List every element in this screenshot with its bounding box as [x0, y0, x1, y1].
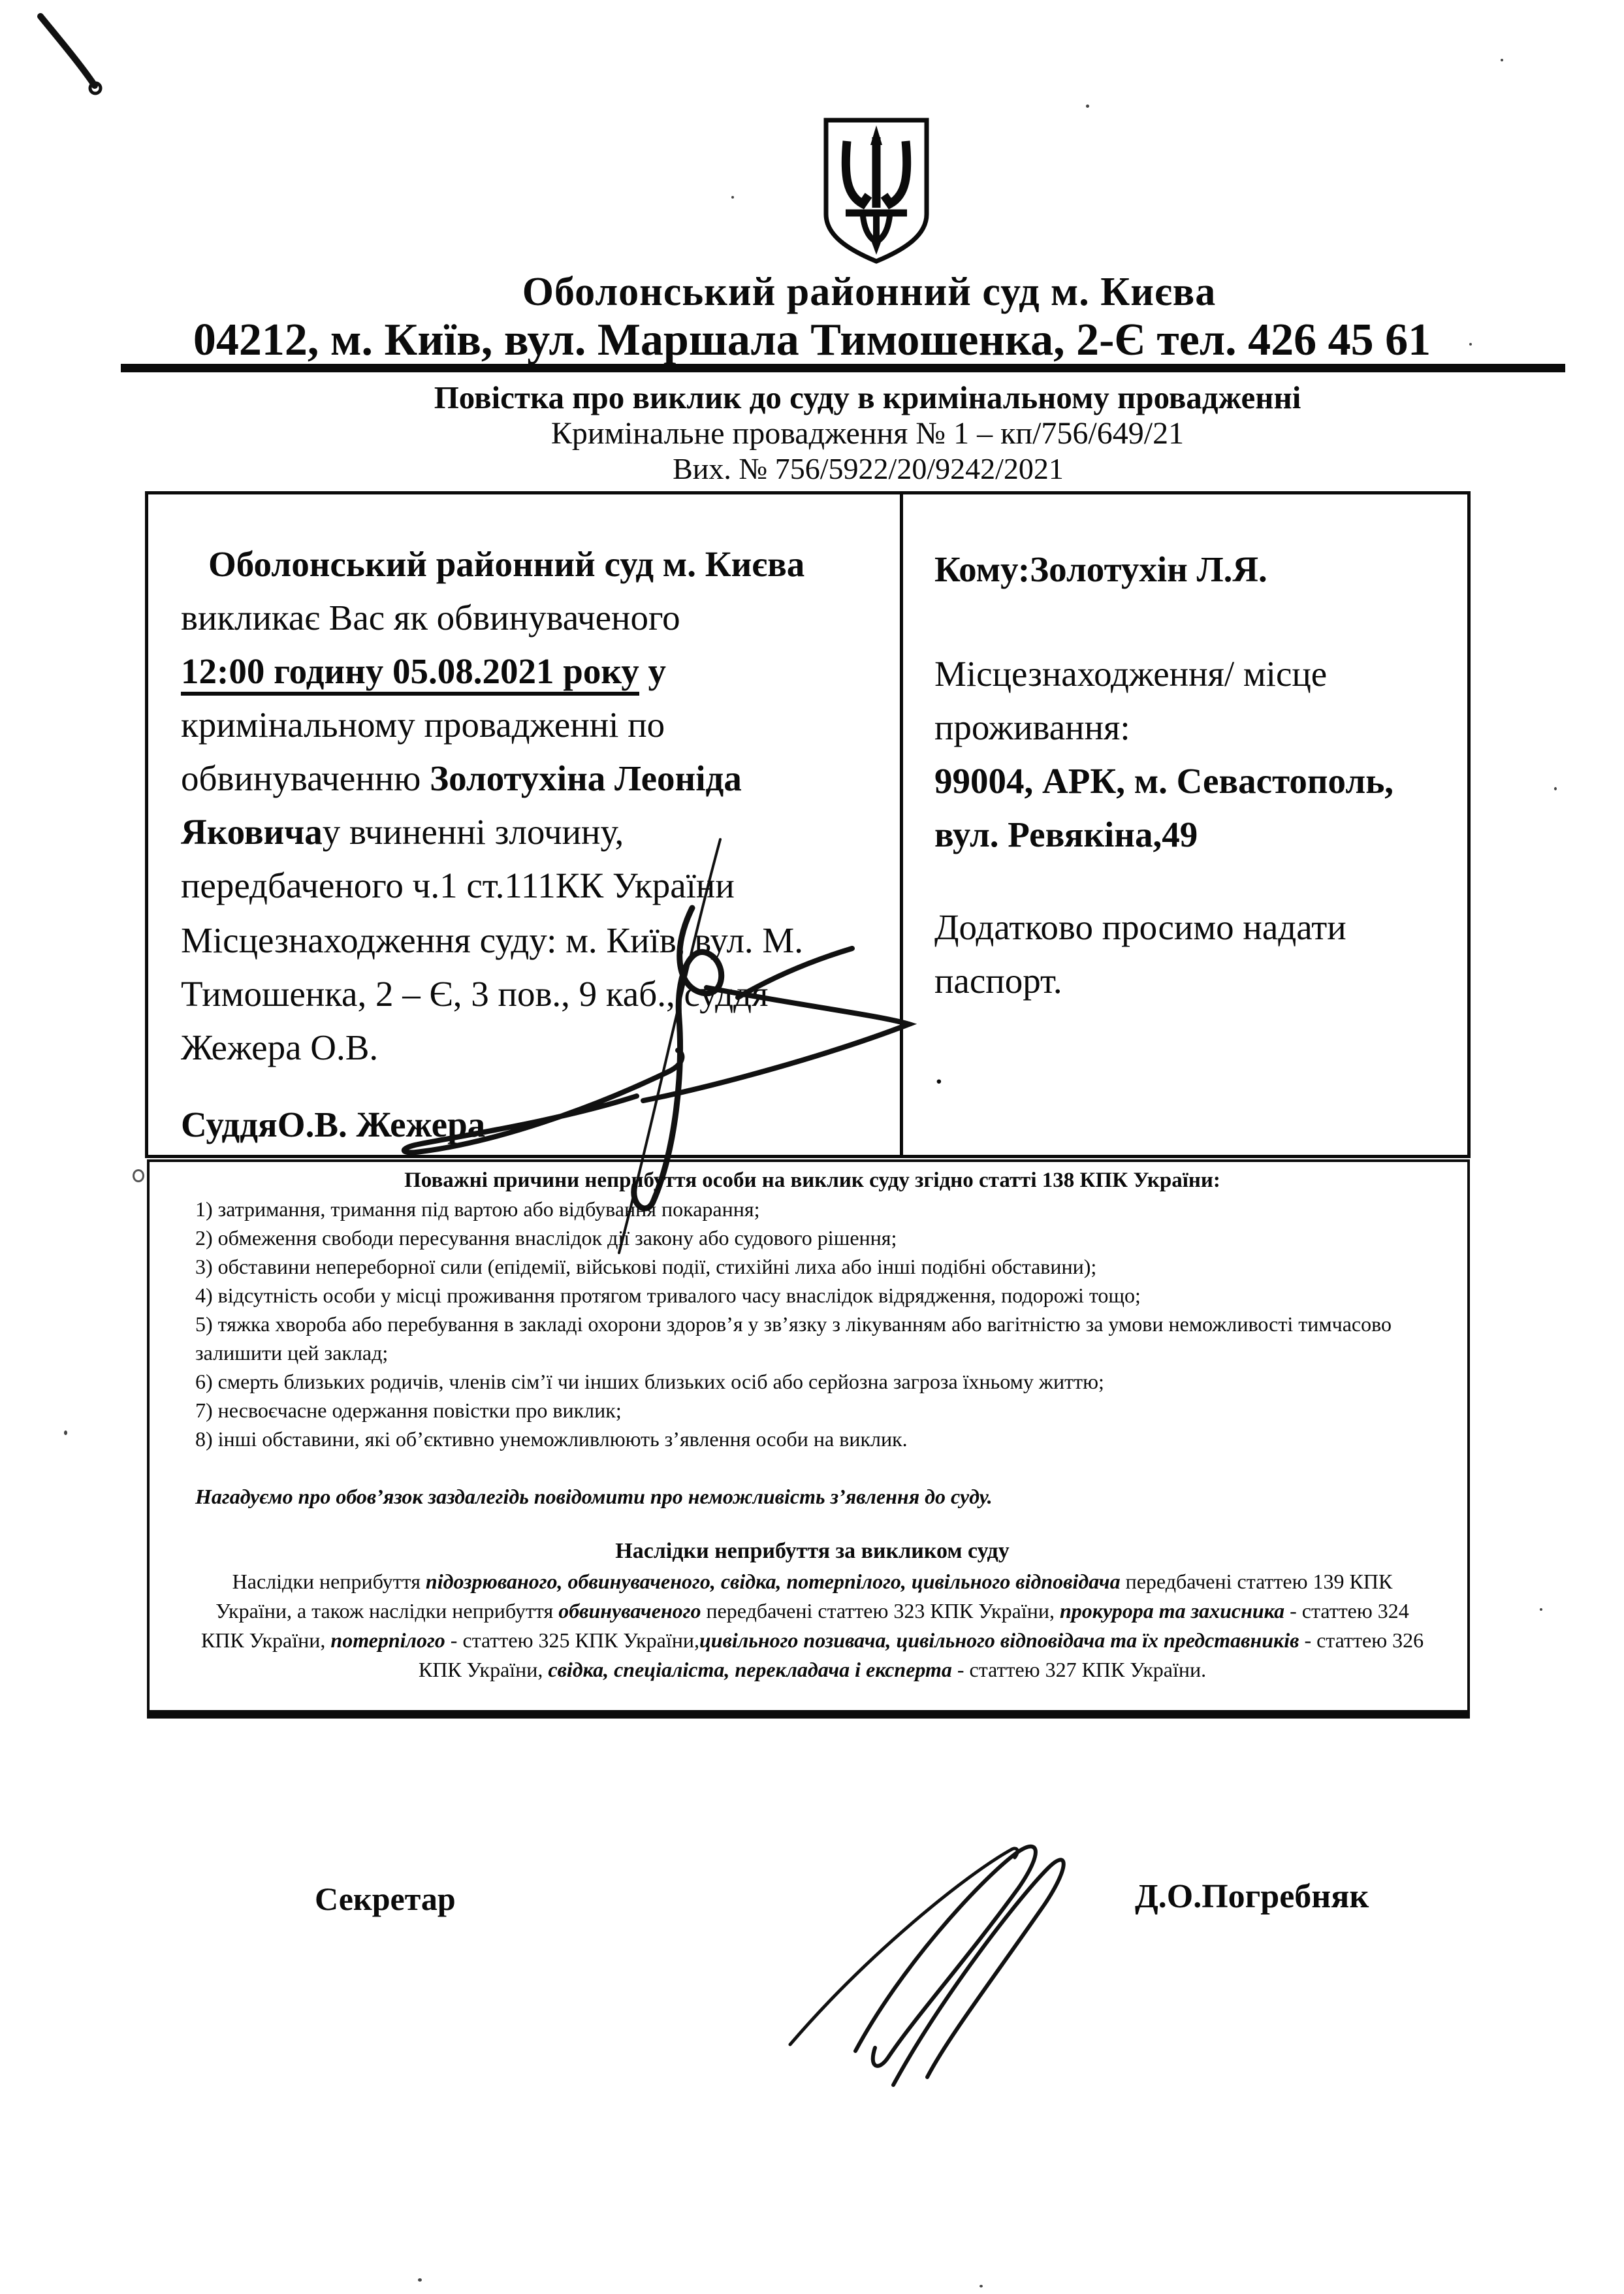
stray-dot: .: [934, 1044, 1450, 1098]
summons-line: обвинуваченню Золотухіна Леоніда: [181, 752, 880, 805]
reasons-box: Поважні причини неприбуття особи на викл…: [147, 1159, 1470, 1719]
case-number-line: Кримінальне провадження № 1 – кп/756/649…: [0, 415, 1624, 451]
header-rule: [121, 364, 1565, 372]
secretary-label: Секретар: [315, 1880, 456, 1918]
reason-item: 8) інші обставини, які об’єктивно унемож…: [195, 1425, 1429, 1453]
recipient-address: вул. Ревякіна,49: [934, 808, 1450, 862]
document-title: Повістка про виклик до суду в кримінальн…: [0, 379, 1624, 416]
scan-speck: [731, 196, 734, 199]
reason-item: 6) смерть близьких родичів, членів сім’ї…: [195, 1367, 1429, 1396]
reason-item: 2) обмеження свободи пересування внаслід…: [195, 1223, 1429, 1252]
scan-speck: [418, 2278, 422, 2282]
header-court-name: Оболонський районний суд м. Києва: [0, 269, 1624, 315]
recipient-address: 99004, АРК, м. Севастополь,: [934, 754, 1450, 808]
reference-number-line: Вих. № 756/5922/20/9242/2021: [0, 451, 1624, 486]
header-address-line: 04212, м. Київ, вул. Маршала Тимошенка, …: [0, 314, 1624, 366]
reminder-line: Нагадуємо про обов’язок заздалегідь пові…: [195, 1482, 1429, 1511]
scan-ring-artifact: [133, 1169, 144, 1182]
scan-speck: [64, 1430, 67, 1435]
reason-item: 7) несвоєчасне одержання повістки про ви…: [195, 1396, 1429, 1425]
consequences-paragraph: Наслідки неприбуття підозрюваного, обвин…: [195, 1567, 1429, 1685]
secretary-signature: [751, 1803, 1091, 2103]
summons-datetime: 12:00 годину 05.08.2021 року у: [181, 645, 880, 698]
summons-line: кримінальному провадженні по: [181, 698, 880, 752]
summons-datetime-underlined: 12:00 годину 05.08.2021 року: [181, 651, 639, 696]
reason-item: 1) затримання, тримання під вартою або в…: [195, 1195, 1429, 1223]
reasons-title: Поважні причини неприбуття особи на викл…: [195, 1166, 1429, 1195]
summons-cell-right: Кому:Золотухін Л.Я. Місцезнаходження/ мі…: [903, 494, 1467, 1155]
recipient-name: Кому:Золотухін Л.Я.: [934, 543, 1450, 596]
pen-mark-corner: [33, 10, 111, 101]
consequences-title: Наслідки неприбуття за викликом суду: [195, 1537, 1429, 1566]
summons-line: викликає Вас як обвинуваченого: [181, 591, 880, 645]
scan-speck: [1554, 787, 1557, 790]
reason-item: 5) тяжка хвороба або перебування в закла…: [195, 1310, 1429, 1367]
scan-speck: [1469, 343, 1472, 346]
passport-request: Додатково просимо надати паспорт.: [934, 901, 1450, 1008]
scan-speck: [1501, 59, 1503, 61]
recipient-location-label: Місцезнаходження/ місце проживання:: [934, 647, 1450, 754]
scan-speck: [979, 2285, 983, 2287]
scan-speck: [1540, 1608, 1542, 1611]
secretary-name: Д.О.Погребняк: [1135, 1877, 1369, 1916]
summons-court-name: Оболонський районний суд м. Києва: [181, 538, 880, 591]
scanned-court-summons-page: Оболонський районний суд м. Києва 04212,…: [0, 0, 1624, 2294]
reason-item: 3) обставини непереборної сили (епідемії…: [195, 1252, 1429, 1281]
reason-item: 4) відсутність особи у місці проживання …: [195, 1281, 1429, 1310]
scan-speck: [1086, 105, 1089, 108]
accused-name-cont: Яковича: [181, 812, 323, 852]
accused-name: Золотухіна Леоніда: [430, 758, 742, 798]
ukraine-trident-emblem-icon: [821, 116, 931, 265]
